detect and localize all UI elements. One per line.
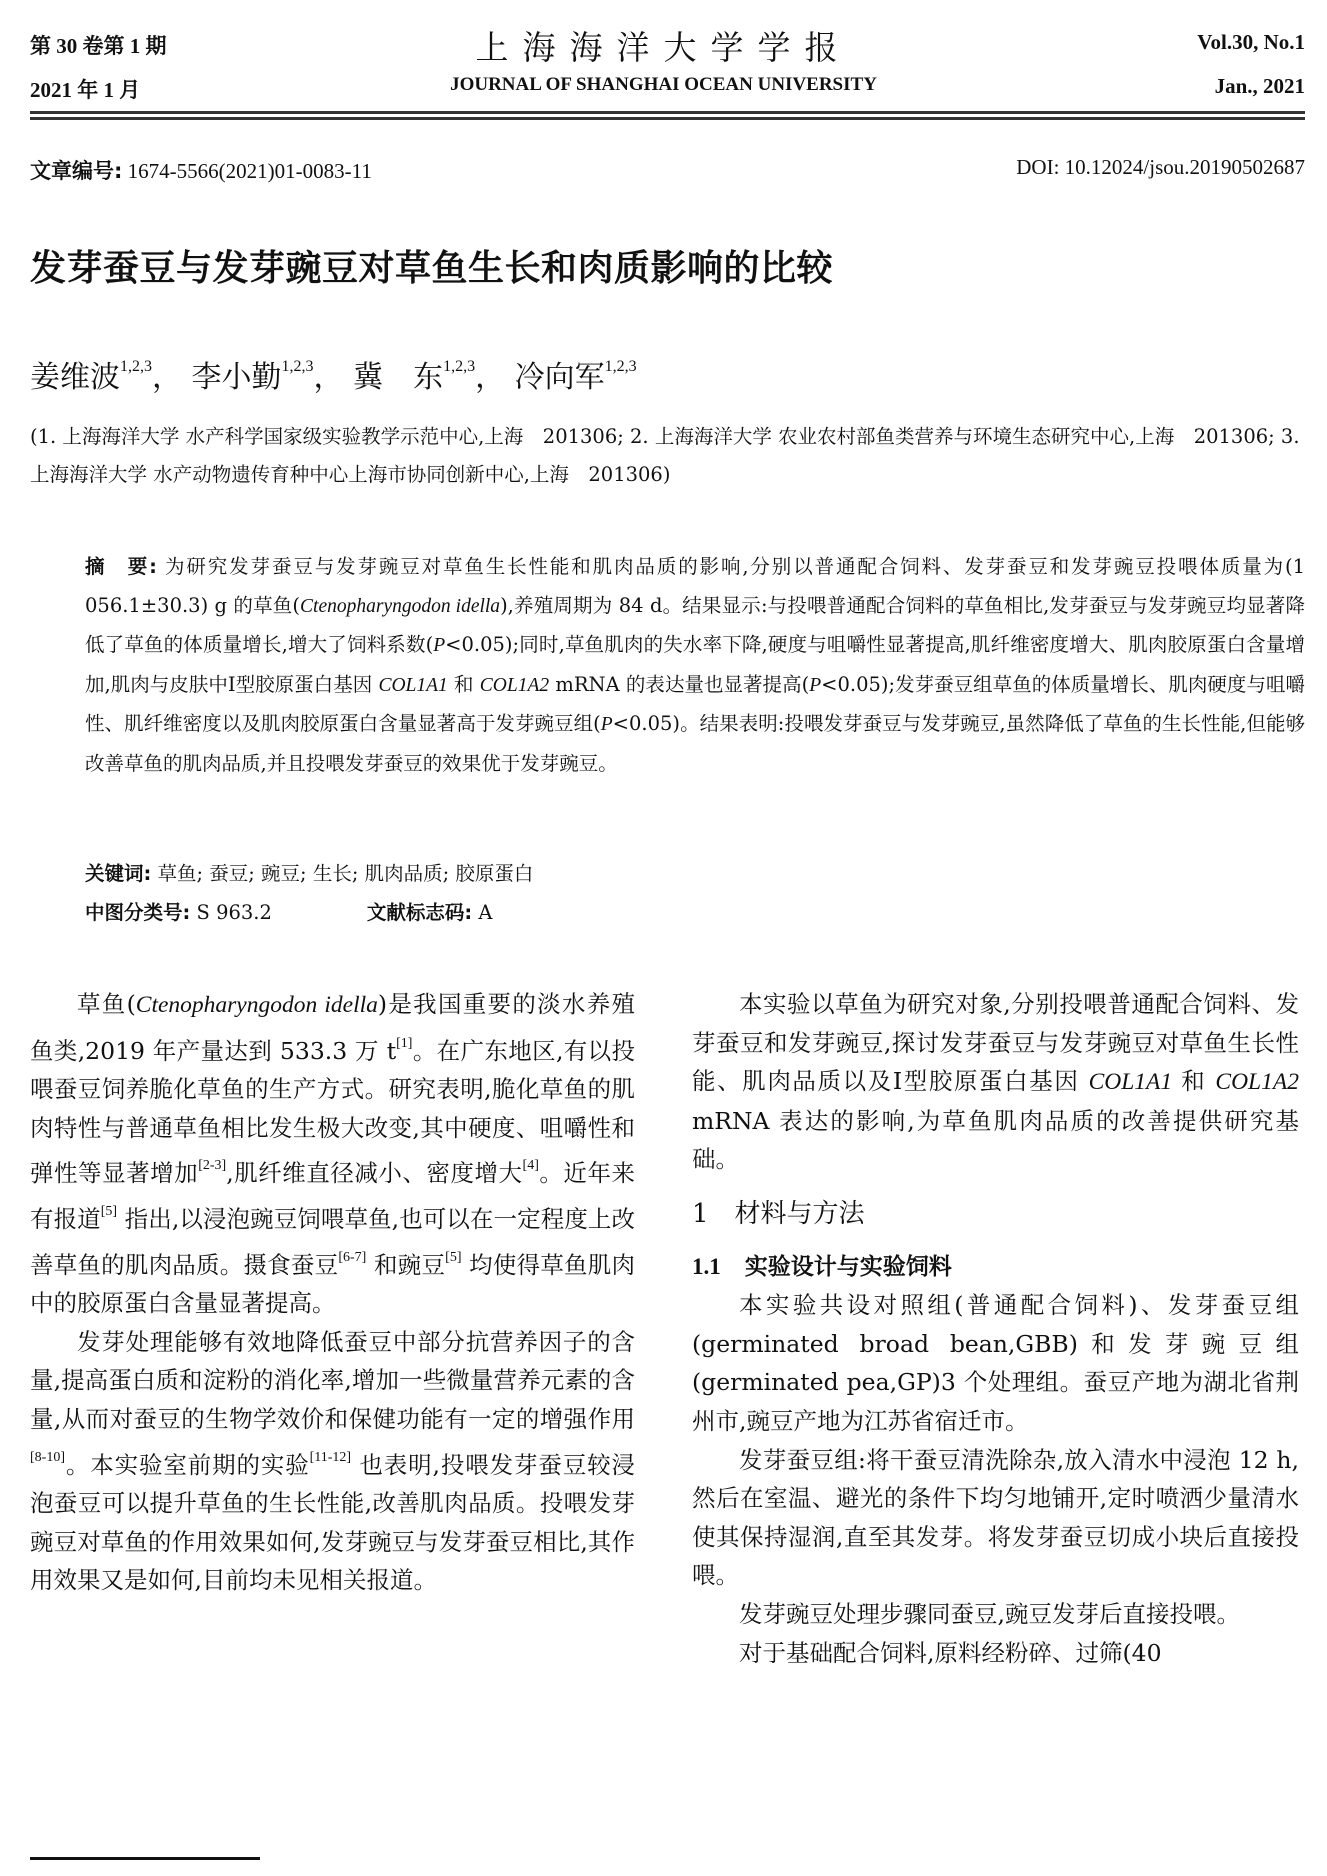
species-name: Ctenopharyngodon idella: [136, 992, 378, 1018]
p-value-symbol: P: [809, 675, 821, 696]
methods-paragraph-3: 发芽豌豆处理步骤同蚕豆,豌豆发芽后直接投喂。: [692, 1595, 1299, 1634]
article-number-value: 1674-5566(2021)01-0083-11: [128, 159, 372, 183]
text: ,肌纤维直径减小、密度增大: [226, 1159, 522, 1187]
gene-name: COL1A2: [1215, 1069, 1299, 1095]
citation[interactable]: [4]: [523, 1158, 539, 1173]
citation[interactable]: [11-12]: [310, 1450, 351, 1465]
gene-name: COL1A1: [378, 675, 447, 696]
abstract: 摘 要: 为研究发芽蚕豆与发芽豌豆对草鱼生长性能和肌肉品质的影响,分别以普通配合…: [85, 548, 1305, 783]
text: 和: [1172, 1067, 1215, 1095]
classification: 中图分类号: S 963.2文献标志码: A: [85, 897, 493, 925]
intro-paragraph-3: 本实验以草鱼为研究对象,分别投喂普通配合饲料、发芽蚕豆和发芽豌豆,探讨发芽蚕豆与…: [692, 985, 1299, 1179]
footnote-rule: [30, 1857, 260, 1860]
author-affiliation-marker: 1,2,3: [282, 358, 314, 375]
author-affiliation-marker: 1,2,3: [443, 358, 475, 375]
abstract-label: 摘 要:: [85, 555, 157, 578]
body-right-column: 本实验以草鱼为研究对象,分别投喂普通配合饲料、发芽蚕豆和发芽豌豆,探讨发芽蚕豆与…: [692, 985, 1299, 1672]
article-number-label: 文章编号:: [30, 159, 122, 183]
text: 。本实验室前期的实验: [65, 1451, 310, 1479]
header-rule-bottom: [30, 117, 1305, 120]
doi[interactable]: DOI: 10.12024/jsou.20190502687: [1016, 155, 1305, 180]
author-name: 姜维波: [30, 360, 120, 395]
clc-value: S 963.2: [190, 901, 272, 924]
clc-label: 中图分类号:: [85, 901, 190, 924]
keywords-label: 关键词:: [85, 862, 151, 885]
section-heading-1: 1 材料与方法: [692, 1195, 1299, 1234]
paper-title: 发芽蚕豆与发芽豌豆对草鱼生长和肉质影响的比较: [30, 240, 833, 291]
text: 发芽处理能够有效地降低蚕豆中部分抗营养因子的含量,提高蛋白质和淀粉的消化率,增加…: [30, 1328, 635, 1433]
species-name: Ctenopharyngodon idella: [300, 596, 500, 617]
text: 草鱼(: [77, 990, 136, 1018]
citation[interactable]: [5]: [445, 1250, 461, 1265]
citation[interactable]: [5]: [101, 1204, 117, 1219]
author-separator: ，: [475, 360, 505, 395]
text: mRNA 表达的影响,为草鱼肌肉品质的改善提供研究基础。: [692, 1107, 1299, 1174]
date-en: Jan., 2021: [1215, 74, 1305, 99]
keywords-value: 草鱼; 蚕豆; 豌豆; 生长; 肌肉品质; 胶原蛋白: [151, 862, 533, 885]
author-name: 冀 东: [353, 360, 443, 395]
section-title: 实验设计与实验饲料: [745, 1254, 952, 1280]
affiliations: (1. 上海海洋大学 水产科学国家级实验教学示范中心,上海 201306; 2.…: [30, 418, 1310, 494]
doc-code-label: 文献标志码:: [367, 901, 472, 924]
author-separator: ，: [314, 360, 344, 395]
intro-paragraph-2: 发芽处理能够有效地降低蚕豆中部分抗营养因子的含量,提高蛋白质和淀粉的消化率,增加…: [30, 1323, 635, 1600]
citation[interactable]: [2-3]: [198, 1158, 226, 1173]
volume-issue-en: Vol.30, No.1: [1197, 30, 1305, 55]
citation[interactable]: [6-7]: [338, 1250, 366, 1265]
article-number: 文章编号: 1674-5566(2021)01-0083-11: [30, 155, 372, 185]
citation[interactable]: [1]: [396, 1036, 412, 1051]
journal-name-cn: 上海海洋大学学报: [0, 22, 1327, 69]
gene-name: COL1A1: [1089, 1069, 1173, 1095]
keywords: 关键词: 草鱼; 蚕豆; 豌豆; 生长; 肌肉品质; 胶原蛋白: [85, 858, 533, 886]
abstract-text: 和: [448, 673, 480, 696]
author-affiliation-marker: 1,2,3: [605, 358, 637, 375]
methods-paragraph-1: 本实验共设对照组(普通配合饲料)、发芽蚕豆组(germinated broad …: [692, 1286, 1299, 1440]
section-number: 1.1: [692, 1254, 721, 1279]
header-rule-top: [30, 111, 1305, 114]
author-separator: ，: [152, 360, 182, 395]
p-value-symbol: P: [601, 714, 613, 735]
intro-paragraph-1: 草鱼(Ctenopharyngodon idella)是我国重要的淡水养殖鱼类,…: [30, 985, 635, 1323]
body-left-column: 草鱼(Ctenopharyngodon idella)是我国重要的淡水养殖鱼类,…: [30, 985, 635, 1600]
doc-code-value: A: [472, 901, 492, 924]
journal-name-en: JOURNAL OF SHANGHAI OCEAN UNIVERSITY: [0, 74, 1327, 96]
author-affiliation-marker: 1,2,3: [120, 358, 152, 375]
citation[interactable]: [8-10]: [30, 1450, 65, 1465]
author-name: 李小勤: [192, 360, 282, 395]
section-heading-1-1: 1.1 实验设计与实验饲料: [692, 1248, 1299, 1287]
methods-paragraph-2: 发芽蚕豆组:将干蚕豆清洗除杂,放入清水中浸泡 12 h,然后在室温、避光的条件下…: [692, 1441, 1299, 1595]
abstract-text: mRNA 的表达量也显著提高(: [549, 673, 809, 696]
methods-paragraph-4: 对于基础配合饲料,原料经粉碎、过筛(40: [692, 1634, 1299, 1673]
gene-name: COL1A2: [480, 675, 549, 696]
author-list: 姜维波1,2,3， 李小勤1,2,3， 冀 东1,2,3， 冷向军1,2,3: [30, 352, 637, 396]
author-name: 冷向军: [515, 360, 605, 395]
p-value-symbol: P: [433, 635, 445, 656]
text: 和豌豆: [366, 1251, 445, 1279]
